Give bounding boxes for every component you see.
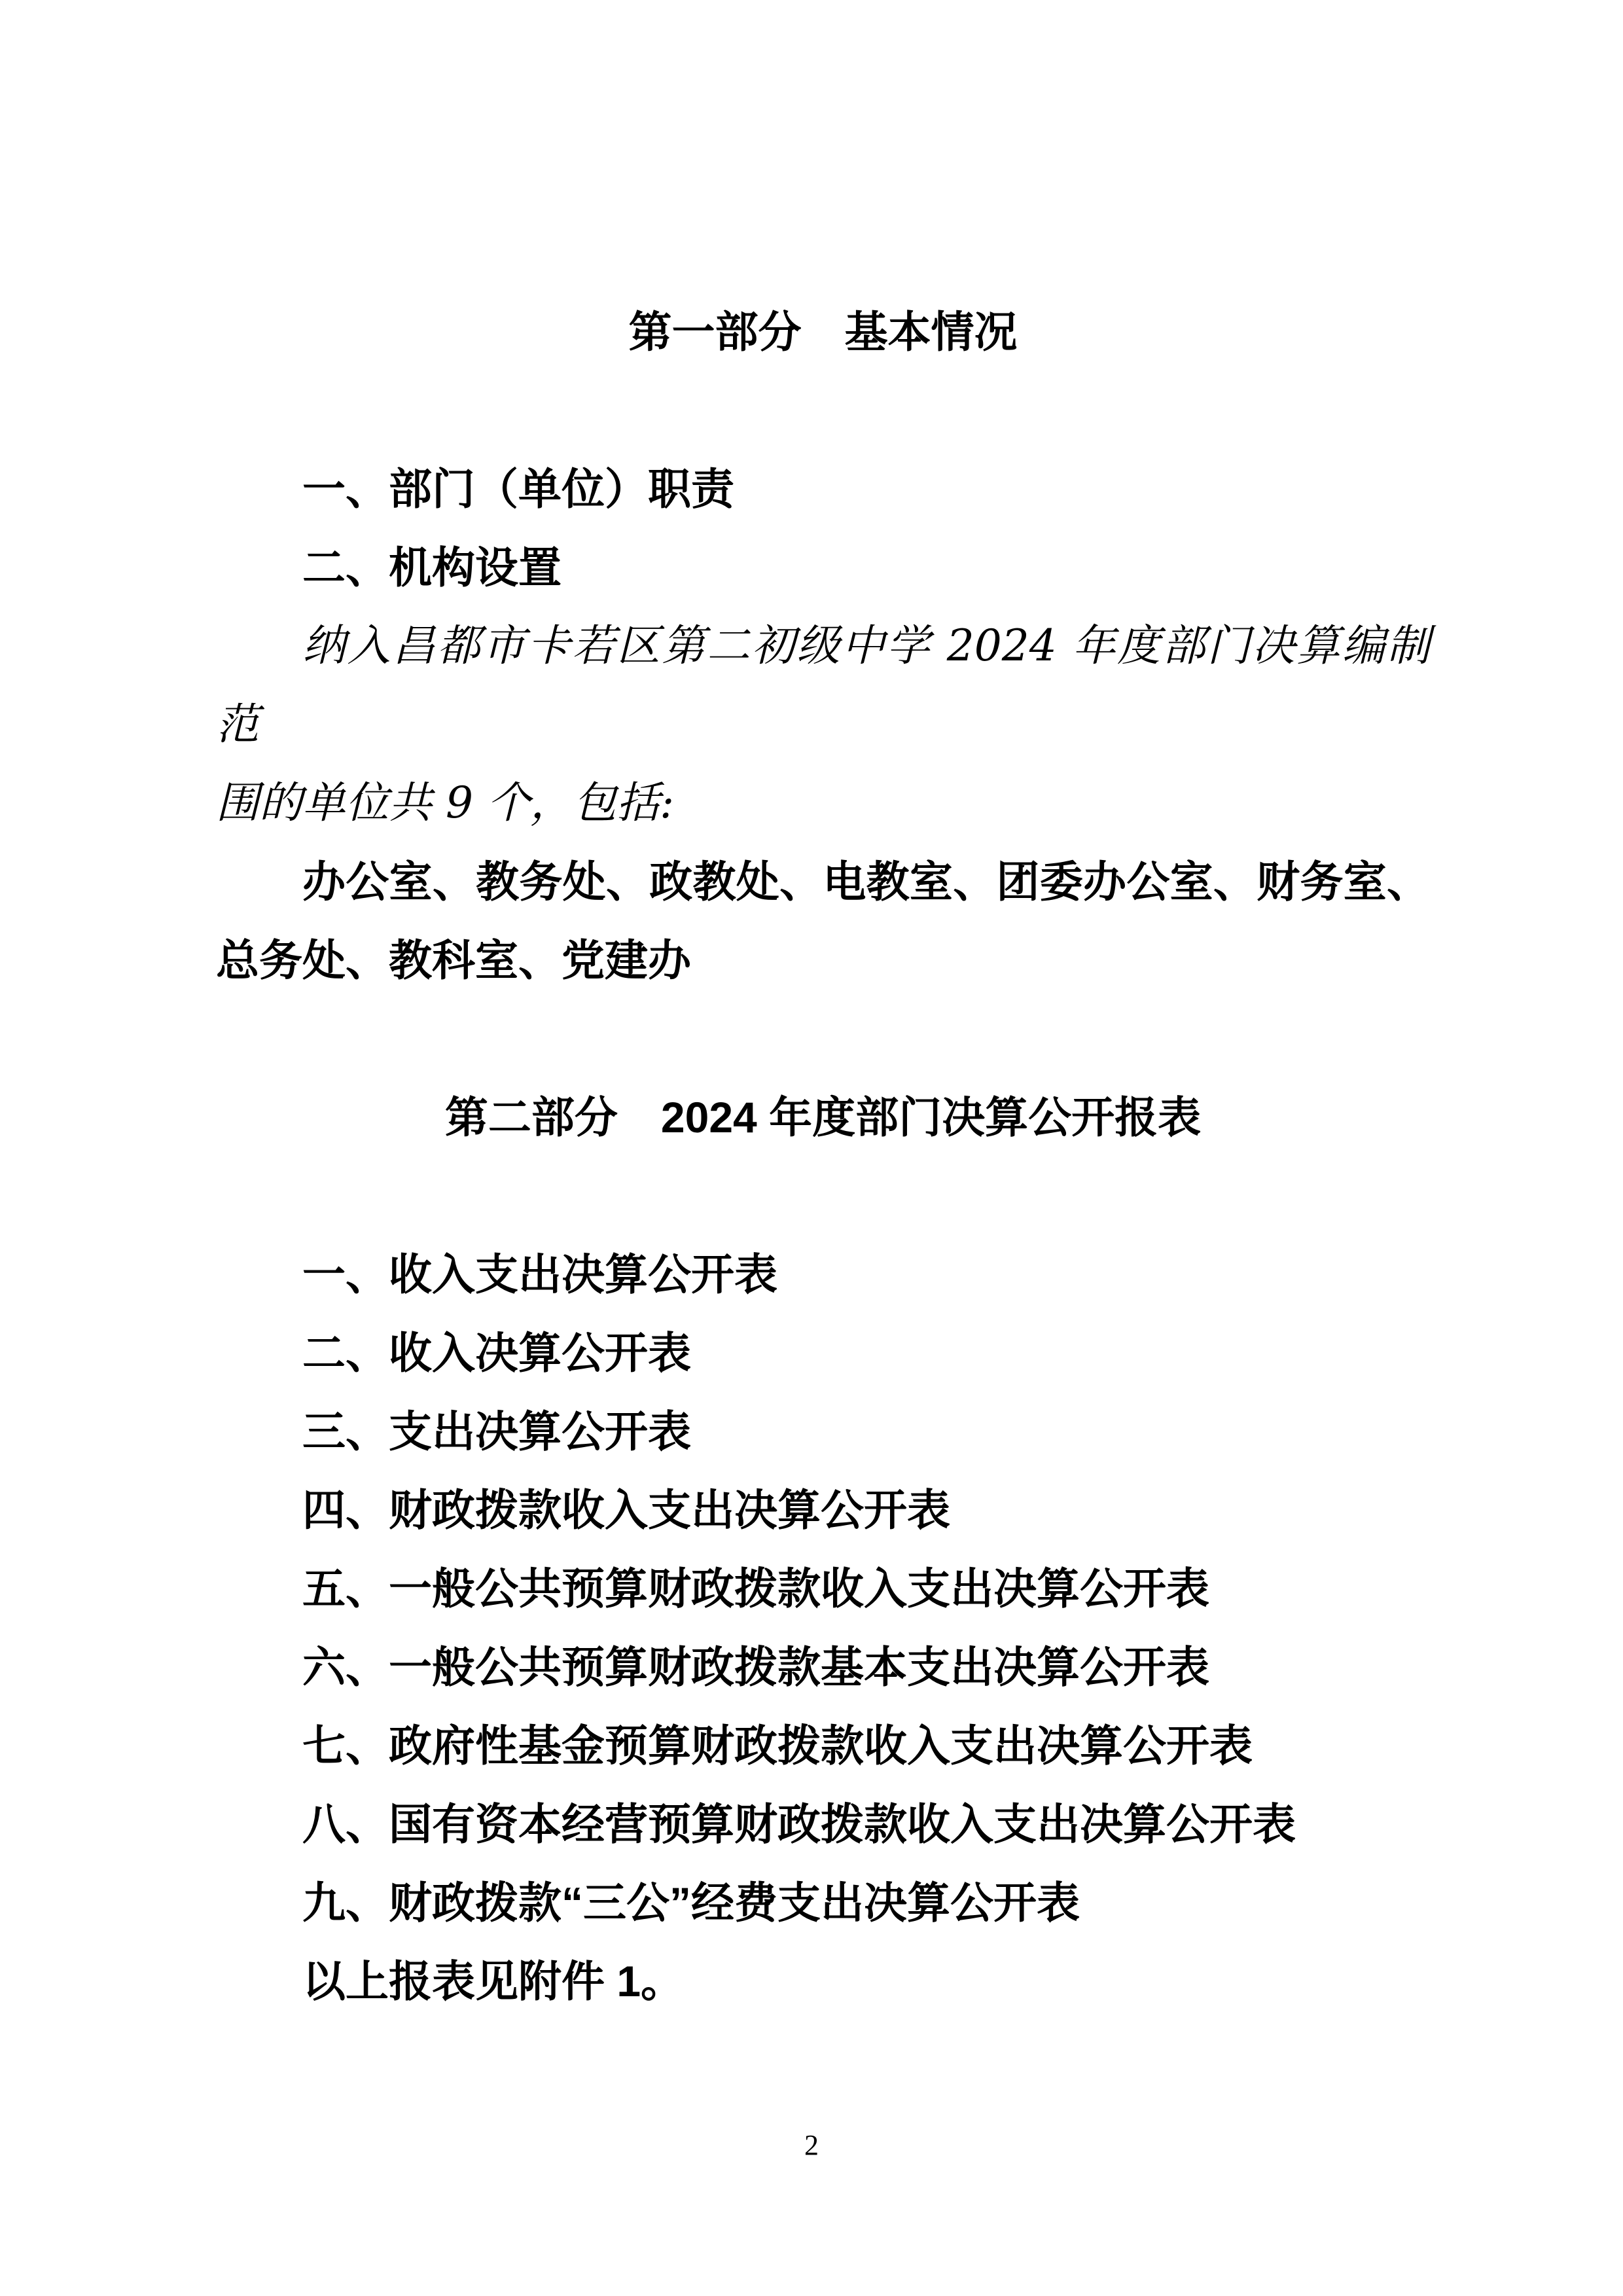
report-list-item-4: 四、财政拨款收入支出决算公开表 [216,1471,1430,1549]
part1-scope-paragraph: 纳入昌都市卡若区第二初级中学 2024 年度部门决算编制范 围的单位共 9 个，… [216,607,1430,842]
report-list-item-5: 五、一般公共预算财政拨款收入支出决算公开表 [216,1549,1430,1628]
part1-departments-paragraph: 办公室、教务处、政教处、电教室、团委办公室、财务室、 总务处、教科室、党建办 [216,842,1430,999]
attachment-note: 以上报表见附件 1。 [216,1942,1430,2020]
report-list-item-9: 九、财政拨款“三公”经费支出决算公开表 [216,1863,1430,1942]
report-list-item-1: 一、收入支出决算公开表 [216,1235,1430,1314]
departments-line-1: 办公室、教务处、政教处、电教室、团委办公室、财务室、 [216,842,1430,921]
report-list-item-8: 八、国有资本经营预算财政拨款收入支出决算公开表 [216,1785,1430,1863]
part1-heading-duties: 一、部门（单位）职责 [216,450,1430,528]
part1-title: 第一部分 基本情况 [216,293,1430,371]
departments-line-2: 总务处、教科室、党建办 [216,921,1430,999]
part2-title: 第二部分 2024 年度部门决算公开报表 [216,1078,1430,1157]
report-list-item-7: 七、政府性基金预算财政拨款收入支出决算公开表 [216,1706,1430,1785]
scope-paragraph-line-2: 围的单位共 9 个，包括: [216,764,1430,842]
page-number: 2 [0,2126,1623,2165]
page-content: 第一部分 基本情况 一、部门（单位）职责 二、机构设置 纳入昌都市卡若区第二初级… [216,293,1430,2020]
report-list-item-2: 二、收入决算公开表 [216,1314,1430,1392]
report-list-item-3: 三、支出决算公开表 [216,1392,1430,1471]
part1-heading-structure: 二、机构设置 [216,528,1430,607]
report-list-item-6: 六、一般公共预算财政拨款基本支出决算公开表 [216,1628,1430,1706]
scope-paragraph-line-1: 纳入昌都市卡若区第二初级中学 2024 年度部门决算编制范 [216,607,1430,764]
